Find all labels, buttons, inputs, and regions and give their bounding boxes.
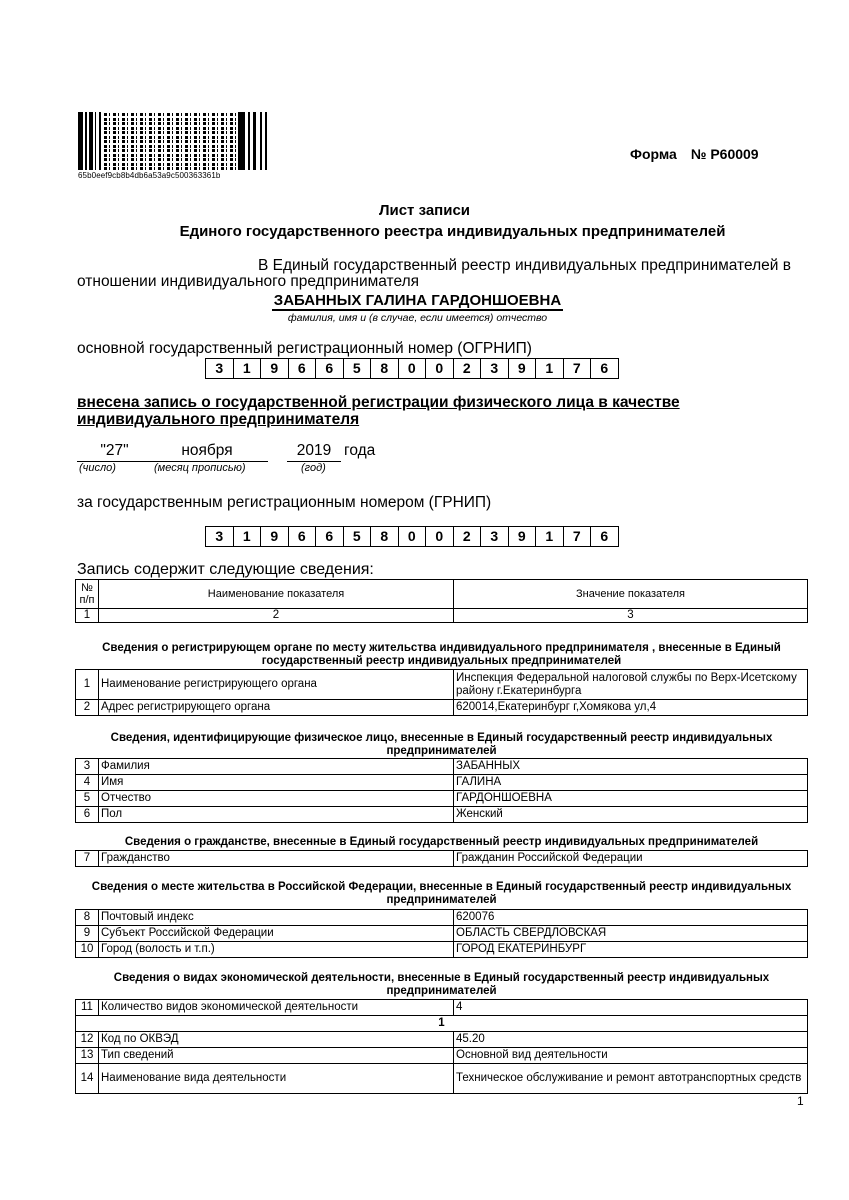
form-label: Форма	[630, 146, 677, 162]
digit-box: 8	[371, 527, 399, 546]
row-value: Женский	[454, 807, 808, 823]
section-table-personal-data: 3 Фамилия ЗАБАННЫХ 4 Имя ГАЛИНА 5 Отчест…	[75, 758, 808, 823]
digit-box: 9	[509, 527, 537, 546]
row-name: Фамилия	[99, 759, 454, 775]
row-value: Инспекция Федеральной налоговой службы п…	[454, 670, 808, 700]
row-value: ГАЛИНА	[454, 775, 808, 791]
digit-box: 6	[316, 527, 344, 546]
section-table-citizenship: 7 Гражданство Гражданин Российской Федер…	[75, 850, 808, 867]
row-value: Основной вид деятельности	[454, 1048, 808, 1064]
row-value: 45.20	[454, 1032, 808, 1048]
table-row: 3 Фамилия ЗАБАННЫХ	[76, 759, 808, 775]
table-subheader-row: 1	[76, 1016, 808, 1032]
table-row: 7 Гражданство Гражданин Российской Федер…	[76, 851, 808, 867]
digit-box: 1	[536, 359, 564, 378]
digit-box: 7	[564, 527, 592, 546]
digit-box: 5	[344, 527, 372, 546]
table-row: 8 Почтовый индекс 620076	[76, 910, 808, 926]
row-number: 8	[76, 910, 99, 926]
row-name: Код по ОКВЭД	[99, 1032, 454, 1048]
table-row: 6 Пол Женский	[76, 807, 808, 823]
digit-box: 3	[206, 359, 234, 378]
col-name-index: 2	[99, 609, 454, 623]
table-row: 13 Тип сведений Основной вид деятельност…	[76, 1048, 808, 1064]
row-value: ОБЛАСТЬ СВЕРДЛОВСКАЯ	[454, 926, 808, 942]
contents-title: Запись содержит следующие сведения:	[77, 561, 374, 579]
row-value: 620014,Екатеринбург г,Хомякова ул,4	[454, 700, 808, 716]
entrepreneur-name-text: ЗАБАННЫХ ГАЛИНА ГАРДОНШОЕВНА	[272, 292, 563, 311]
row-number: 3	[76, 759, 99, 775]
row-value: Техническое обслуживание и ремонт автотр…	[454, 1064, 808, 1094]
digit-box: 3	[481, 527, 509, 546]
date-year-suffix: года	[344, 442, 375, 460]
row-number: 1	[76, 670, 99, 700]
entrepreneur-name: ЗАБАННЫХ ГАЛИНА ГАРДОНШОЕВНА	[0, 292, 835, 309]
digit-box: 6	[591, 527, 618, 546]
date-month: ноября	[146, 442, 268, 462]
barcode-code: 65b0eef9cb8b4db6a53a9c500363361b	[78, 171, 220, 180]
row-name: Наименование регистрирующего органа	[99, 670, 454, 700]
table-row: 11 Количество видов экономической деятел…	[76, 1000, 808, 1016]
row-name: Имя	[99, 775, 454, 791]
row-name: Отчество	[99, 791, 454, 807]
row-name: Количество видов экономической деятельно…	[99, 1000, 454, 1016]
table-row: 9 Субъект Российской Федерации ОБЛАСТЬ С…	[76, 926, 808, 942]
digit-box: 0	[426, 359, 454, 378]
row-name: Город (волость и т.п.)	[99, 942, 454, 958]
section-title-residence: Сведения о месте жительства в Российской…	[75, 881, 808, 907]
col-number-index: 1	[76, 609, 99, 623]
date-year: 2019	[287, 442, 341, 462]
row-number: 14	[76, 1064, 99, 1094]
table-row: 5 Отчество ГАРДОНШОЕВНА	[76, 791, 808, 807]
digit-box: 2	[454, 359, 482, 378]
barcode-image	[78, 112, 270, 170]
digit-box: 6	[289, 527, 317, 546]
ogrnip-label: основной государственный регистрационный…	[77, 340, 532, 358]
row-number: 10	[76, 942, 99, 958]
digit-box: 9	[261, 527, 289, 546]
grnip-digits: 3 1 9 6 6 5 8 0 0 2 3 9 1 7 6	[205, 526, 619, 547]
row-value: ГАРДОНШОЕВНА	[454, 791, 808, 807]
row-value: 4	[454, 1000, 808, 1016]
digit-box: 0	[399, 359, 427, 378]
row-value: ЗАБАННЫХ	[454, 759, 808, 775]
row-name: Почтовый индекс	[99, 910, 454, 926]
table-row: 10 Город (волость и т.п.) ГОРОД ЕКАТЕРИН…	[76, 942, 808, 958]
row-number: 6	[76, 807, 99, 823]
row-number: 13	[76, 1048, 99, 1064]
page-number: 1	[797, 1094, 804, 1108]
digit-box: 2	[454, 527, 482, 546]
row-name: Наименование вида деятельности	[99, 1064, 454, 1094]
digit-box: 5	[344, 359, 372, 378]
col-number-header: № п/п	[76, 580, 99, 609]
digit-box: 3	[481, 359, 509, 378]
row-number: 12	[76, 1032, 99, 1048]
row-value: 620076	[454, 910, 808, 926]
digit-box: 1	[536, 527, 564, 546]
document-subtitle: Единого государственного реестра индивид…	[0, 223, 849, 240]
table-row: 14 Наименование вида деятельности Технич…	[76, 1064, 808, 1094]
row-number: 7	[76, 851, 99, 867]
section-title-personal-data: Сведения, идентифицирующие физическое ли…	[75, 732, 808, 758]
digit-box: 6	[289, 359, 317, 378]
digit-box: 3	[206, 527, 234, 546]
row-number: 5	[76, 791, 99, 807]
section-title-citizenship: Сведения о гражданстве, внесенные в Един…	[75, 836, 808, 849]
header-table: № п/п Наименование показателя Значение п…	[75, 579, 808, 623]
row-name: Адрес регистрирующего органа	[99, 700, 454, 716]
digit-box: 7	[564, 359, 592, 378]
row-name: Субъект Российской Федерации	[99, 926, 454, 942]
form-number: Форма№ Р60009	[630, 146, 759, 162]
date-month-hint: (месяц прописью)	[154, 462, 246, 474]
section-title-registering-authority: Сведения о регистрирующем органе по мест…	[75, 642, 808, 668]
row-number: 9	[76, 926, 99, 942]
name-hint: фамилия, имя и (в случае, если имеется) …	[0, 312, 835, 324]
digit-box: 0	[426, 527, 454, 546]
date-year-hint: (год)	[301, 462, 326, 474]
intro-line-2: отношении индивидуального предпринимател…	[77, 273, 419, 291]
ogrnip-digits: 3 1 9 6 6 5 8 0 0 2 3 9 1 7 6	[205, 358, 619, 379]
section-title-economic-activity: Сведения о видах экономической деятельно…	[75, 972, 808, 998]
section-table-residence: 8 Почтовый индекс 620076 9 Субъект Росси…	[75, 909, 808, 958]
digit-box: 0	[399, 527, 427, 546]
section-table-economic-activity: 11 Количество видов экономической деятел…	[75, 999, 808, 1094]
row-number: 4	[76, 775, 99, 791]
registration-statement: внесена запись о государственной регистр…	[77, 394, 777, 428]
row-number: 11	[76, 1000, 99, 1016]
digit-box: 8	[371, 359, 399, 378]
row-name: Тип сведений	[99, 1048, 454, 1064]
table-row: 1 Наименование регистрирующего органа Ин…	[76, 670, 808, 700]
grnip-label: за государственным регистрационным номер…	[77, 494, 491, 512]
table-row: 4 Имя ГАЛИНА	[76, 775, 808, 791]
table-row: 12 Код по ОКВЭД 45.20	[76, 1032, 808, 1048]
digit-box: 9	[261, 359, 289, 378]
row-value: Гражданин Российской Федерации	[454, 851, 808, 867]
digit-box: 6	[591, 359, 618, 378]
digit-box: 9	[509, 359, 537, 378]
row-value: ГОРОД ЕКАТЕРИНБУРГ	[454, 942, 808, 958]
row-name: Гражданство	[99, 851, 454, 867]
digit-box: 6	[316, 359, 344, 378]
digit-box: 1	[234, 359, 262, 378]
activity-index: 1	[76, 1016, 808, 1032]
col-name-header: Наименование показателя	[99, 580, 454, 609]
form-code: № Р60009	[691, 146, 759, 162]
date-day-hint: (число)	[79, 462, 116, 474]
row-name: Пол	[99, 807, 454, 823]
digit-box: 1	[234, 527, 262, 546]
section-table-registering-authority: 1 Наименование регистрирующего органа Ин…	[75, 669, 808, 716]
row-number: 2	[76, 700, 99, 716]
col-value-header: Значение показателя	[454, 580, 808, 609]
document-title: Лист записи	[0, 202, 849, 219]
table-row: 2 Адрес регистрирующего органа 620014,Ек…	[76, 700, 808, 716]
col-value-index: 3	[454, 609, 808, 623]
date-day: "27"	[77, 442, 152, 462]
